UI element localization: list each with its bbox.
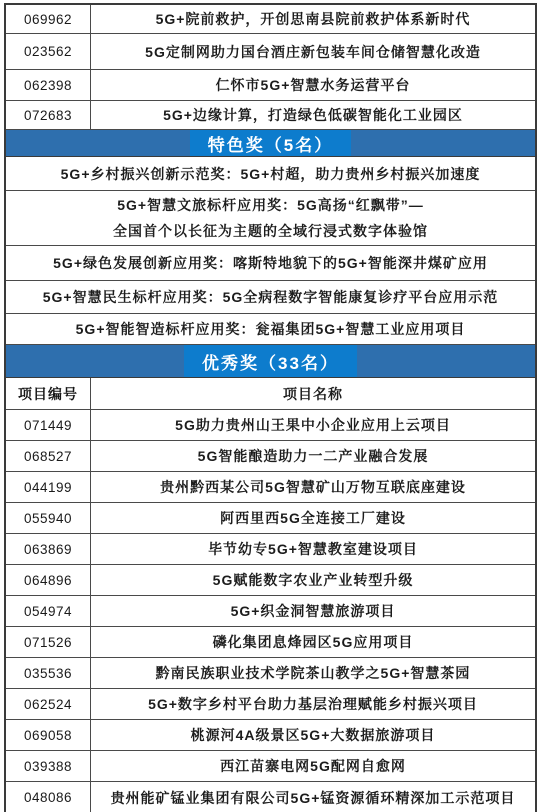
special-award-entry: 5G+智能智造标杆应用奖：瓮福集团5G+智慧工业应用项目 xyxy=(6,314,535,344)
project-code: 068527 xyxy=(6,441,91,471)
table-row: 5G+智慧民生标杆应用奖：5G全病程数字智能康复诊疗平台应用示范 xyxy=(6,281,535,314)
award-table: 069962 5G+院前救护，开创思南县院前救护体系新时代 023562 5G定… xyxy=(4,3,537,812)
project-code: 044199 xyxy=(6,472,91,502)
table-row: 035536 黔南民族职业技术学院茶山教学之5G+智慧茶园 xyxy=(6,658,535,689)
table-row: 071449 5G助力贵州山王果中小企业应用上云项目 xyxy=(6,410,535,441)
special-award-entry: 5G+智慧民生标杆应用奖：5G全病程数字智能康复诊疗平台应用示范 xyxy=(6,281,535,313)
table-row: 023562 5G定制网助力国台酒庄新包装车间仓储智慧化改造 xyxy=(6,34,535,70)
table-row: 062524 5G+数字乡村平台助力基层治理赋能乡村振兴项目 xyxy=(6,689,535,720)
special-award-entry: 5G+智慧文旅标杆应用奖：5G高扬“红飘带”— 全国首个以长征为主题的全域行浸式… xyxy=(6,191,535,245)
table-row: 048086 贵州能矿锰业集团有限公司5G+锰资源循环精深加工示范项目 xyxy=(6,782,535,812)
section-band-title: 优秀奖（33名） xyxy=(184,345,357,377)
table-row: 055940 阿西里西5G全连接工厂建设 xyxy=(6,503,535,534)
project-name: 5G+数字乡村平台助力基层治理赋能乡村振兴项目 xyxy=(91,689,535,719)
section-band-title: 特色奖（5名） xyxy=(190,130,351,156)
special-award-entry: 5G+乡村振兴创新示范奖：5G+村超，助力贵州乡村振兴加速度 xyxy=(6,157,535,190)
project-code: 062398 xyxy=(6,70,91,100)
project-name: 仁怀市5G+智慧水务运营平台 xyxy=(91,70,535,100)
project-code: 054974 xyxy=(6,596,91,626)
table-row: 072683 5G+边缘计算，打造绿色低碳智能化工业园区 xyxy=(6,101,535,130)
table-row: 5G+乡村振兴创新示范奖：5G+村超，助力贵州乡村振兴加速度 xyxy=(6,157,535,191)
project-name: 5G+边缘计算，打造绿色低碳智能化工业园区 xyxy=(91,101,535,129)
table-row: 5G+智能智造标杆应用奖：瓮福集团5G+智慧工业应用项目 xyxy=(6,314,535,345)
table-header-row: 项目编号 项目名称 xyxy=(6,378,535,410)
special-award-entry-line1: 5G+智慧文旅标杆应用奖：5G高扬“红飘带”— xyxy=(117,192,424,218)
table-row: 069962 5G+院前救护，开创思南县院前救护体系新时代 xyxy=(6,5,535,34)
project-code: 071449 xyxy=(6,410,91,440)
project-name: 5G助力贵州山王果中小企业应用上云项目 xyxy=(91,410,535,440)
project-name: 毕节幼专5G+智慧教室建设项目 xyxy=(91,534,535,564)
table-row: 062398 仁怀市5G+智慧水务运营平台 xyxy=(6,70,535,101)
project-name: 5G赋能数字农业产业转型升级 xyxy=(91,565,535,595)
project-name: 贵州能矿锰业集团有限公司5G+锰资源循环精深加工示范项目 xyxy=(91,782,535,812)
project-code: 069962 xyxy=(6,5,91,33)
table-row: 5G+绿色发展创新应用奖：喀斯特地貌下的5G+智能深井煤矿应用 xyxy=(6,246,535,281)
project-code: 039388 xyxy=(6,751,91,781)
table-row: 044199 贵州黔西某公司5G智慧矿山万物互联底座建设 xyxy=(6,472,535,503)
project-name: 磷化集团息烽园区5G应用项目 xyxy=(91,627,535,657)
project-code: 072683 xyxy=(6,101,91,129)
project-name: 5G智能酿造助力一二产业融合发展 xyxy=(91,441,535,471)
project-code: 035536 xyxy=(6,658,91,688)
project-code: 048086 xyxy=(6,782,91,812)
table-row: 063869 毕节幼专5G+智慧教室建设项目 xyxy=(6,534,535,565)
project-name: 西江苗寨电网5G配网自愈网 xyxy=(91,751,535,781)
project-code: 055940 xyxy=(6,503,91,533)
project-name: 5G+院前救护，开创思南县院前救护体系新时代 xyxy=(91,5,535,33)
project-code: 064896 xyxy=(6,565,91,595)
special-award-entry: 5G+绿色发展创新应用奖：喀斯特地貌下的5G+智能深井煤矿应用 xyxy=(6,246,535,280)
project-name: 5G+织金洞智慧旅游项目 xyxy=(91,596,535,626)
section-band-special-award: 特色奖（5名） xyxy=(6,130,535,157)
project-name: 贵州黔西某公司5G智慧矿山万物互联底座建设 xyxy=(91,472,535,502)
project-code: 063869 xyxy=(6,534,91,564)
project-code: 023562 xyxy=(6,34,91,69)
project-name: 黔南民族职业技术学院茶山教学之5G+智慧茶园 xyxy=(91,658,535,688)
award-document-page: 069962 5G+院前救护，开创思南县院前救护体系新时代 023562 5G定… xyxy=(0,3,540,812)
table-row: 5G+智慧文旅标杆应用奖：5G高扬“红飘带”— 全国首个以长征为主题的全域行浸式… xyxy=(6,191,535,246)
table-row: 069058 桃源河4A级景区5G+大数据旅游项目 xyxy=(6,720,535,751)
project-name: 桃源河4A级景区5G+大数据旅游项目 xyxy=(91,720,535,750)
project-code: 069058 xyxy=(6,720,91,750)
project-name: 阿西里西5G全连接工厂建设 xyxy=(91,503,535,533)
table-row: 071526 磷化集团息烽园区5G应用项目 xyxy=(6,627,535,658)
special-award-entry-line2: 全国首个以长征为主题的全域行浸式数字体验馆 xyxy=(113,218,428,244)
table-row: 064896 5G赋能数字农业产业转型升级 xyxy=(6,565,535,596)
section-band-excellence-award: 优秀奖（33名） xyxy=(6,345,535,378)
table-row: 054974 5G+织金洞智慧旅游项目 xyxy=(6,596,535,627)
project-name: 5G定制网助力国台酒庄新包装车间仓储智慧化改造 xyxy=(91,34,535,69)
project-code: 062524 xyxy=(6,689,91,719)
project-code: 071526 xyxy=(6,627,91,657)
table-row: 039388 西江苗寨电网5G配网自愈网 xyxy=(6,751,535,782)
column-header-project-name: 项目名称 xyxy=(91,378,535,409)
table-row: 068527 5G智能酿造助力一二产业融合发展 xyxy=(6,441,535,472)
column-header-project-code: 项目编号 xyxy=(6,378,91,409)
